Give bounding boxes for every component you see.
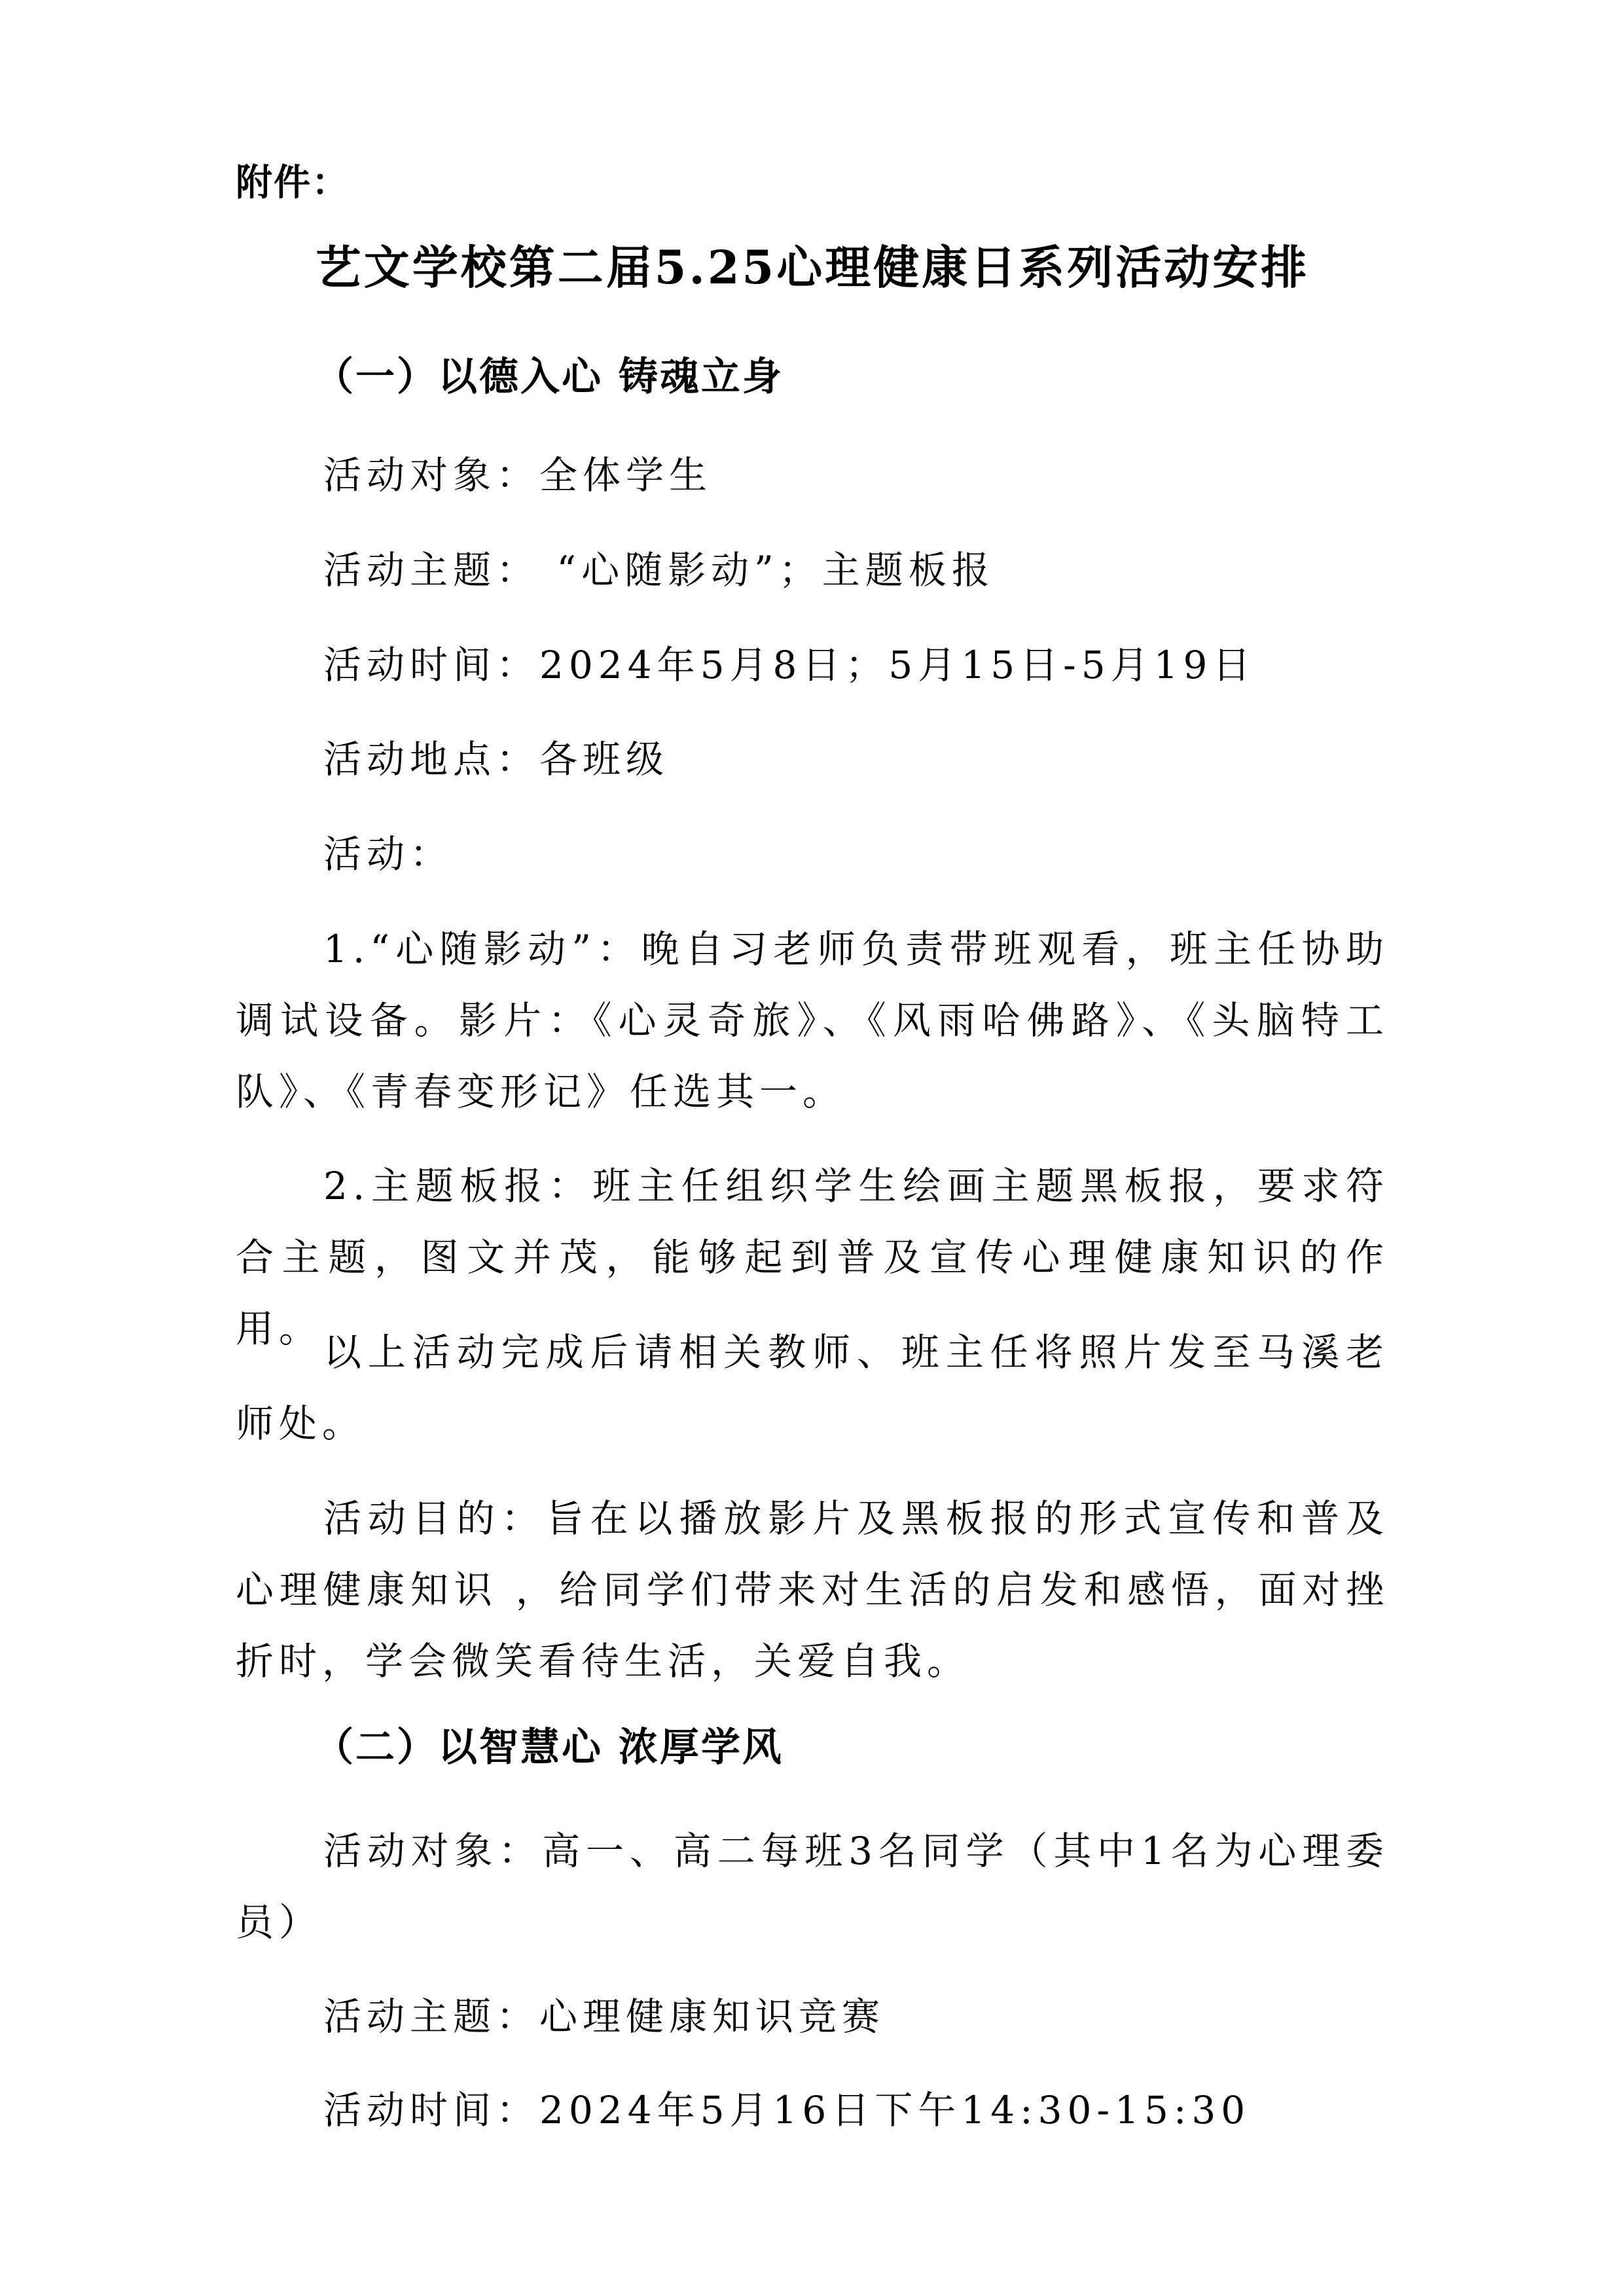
paragraph-activity-item-1: 1.“心随影动”：晚自习老师负责带班观看，班主任协助调试设备。影片：《心灵奇旅》… — [236, 914, 1389, 1128]
attachment-label: 附件： — [236, 161, 350, 204]
section-heading-2: （二）以智慧心 浓厚学风 — [314, 1721, 784, 1774]
paragraph-activity-purpose: 活动目的：旨在以播放影片及黑板报的形式宣传和普及心理健康知识 ，给同学们带来对生… — [236, 1483, 1389, 1697]
paragraph-activity-time-1: 活动时间：2024年5月8日；5月15日-5月19日 — [236, 630, 1389, 701]
section-heading-1: （一）以德入心 铸魂立身 — [314, 351, 784, 403]
paragraph-activity-location-1: 活动地点：各班级 — [236, 724, 1389, 795]
paragraph-activities-label: 活动： — [236, 819, 1389, 890]
paragraph-activity-target-1: 活动对象：全体学生 — [236, 440, 1389, 511]
paragraph-activity-theme-1: 活动主题： “心随影动”；主题板报 — [236, 535, 1389, 606]
paragraph-activity-theme-2: 活动主题：心理健康知识竞赛 — [236, 1981, 1389, 2053]
paragraph-activity-time-2: 活动时间：2024年5月16日下午14:30-15:30 — [236, 2075, 1389, 2146]
paragraph-activity-target-2: 活动对象：高一、高二每班3名同学（其中1名为心理委员） — [236, 1816, 1389, 1958]
document-title: 艺文学校第二届5.25心理健康日系列活动安排 — [236, 238, 1389, 297]
paragraph-photo-submission: 以上活动完成后请相关教师、班主任将照片发至马溪老师处。 — [236, 1317, 1389, 1460]
